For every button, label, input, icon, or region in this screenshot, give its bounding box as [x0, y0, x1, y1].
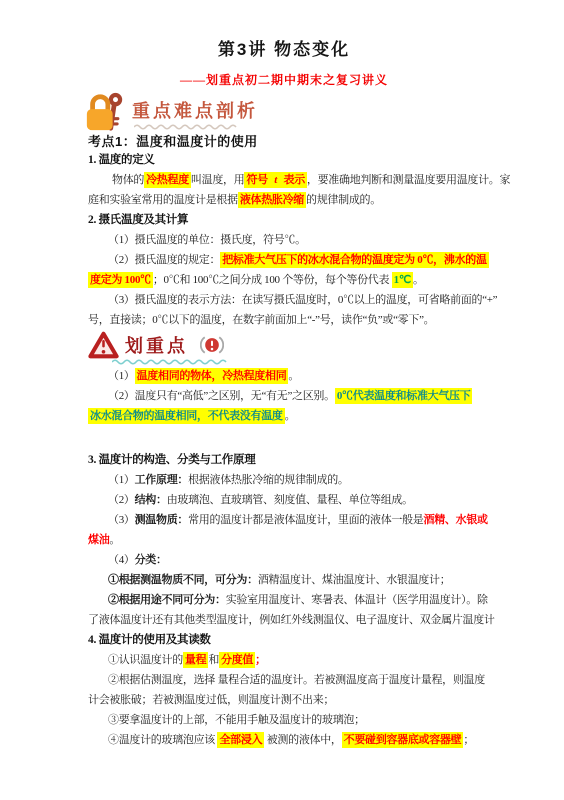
warning-triangle-icon: [88, 331, 119, 359]
doc-line: 号，直接读；0℃以下的温度，在数字前面加上“-”号，读作“负”或“零下”。: [88, 310, 480, 330]
text-run: 计会被胀破；若被测温度过低，则温度计测不出来；: [88, 694, 334, 706]
doc-line: ②根据用途不同可分为：实验室用温度计、寒暑表、体温计（医学用温度计）。除: [88, 590, 480, 610]
text-run: 庭和实验室常用的温度计是根据: [88, 194, 238, 206]
doc-line: （3）摄氏温度的表示方法：在读写摄氏温度时，0℃以上的温度，可省略前面的“+”: [88, 290, 480, 310]
text-run: 0℃代表温度和标准大气压下: [335, 388, 473, 404]
page-subtitle: ——划重点初二期中期末之复习讲义: [88, 72, 480, 88]
text-run: ①认识温度计的: [108, 654, 183, 666]
text-run: ；: [255, 654, 266, 666]
numbered-heading: 4. 温度计的使用及其读数: [88, 630, 480, 650]
text-run: ，要准确地判断和测量温度要用温度计。家: [307, 174, 510, 186]
text-run: （3）摄氏温度的表示方法：在读写摄氏温度时，0℃以上的温度，可省略前面的“+”: [108, 294, 497, 306]
lock-key-icon: [84, 91, 126, 133]
text-run: 表示: [279, 172, 307, 188]
text-run: （2）温度只有“高低”之区别，无“有无”之区别。: [108, 390, 335, 402]
text-run: （1）: [108, 370, 135, 382]
doc-line: （1）摄氏温度的单位：摄氏度，符号℃。: [88, 230, 480, 250]
doc-line: 物体的冷热程度叫温度，用符号 t 表示，要准确地判断和测量温度要用温度计。家: [88, 170, 480, 190]
text-run: 煤油: [88, 534, 109, 546]
text-run: ；: [463, 734, 474, 746]
text-run: 号，直接读；0℃以下的温度，在数字前面加上“-”号，读作“负”或“零下”。: [88, 314, 434, 326]
text-run: 度定为 100℃: [88, 272, 153, 288]
text-run: （2）: [108, 494, 135, 506]
text-run: （1）摄氏温度的单位：摄氏度，符号℃。: [108, 234, 306, 246]
text-run: ②根据估测温度，选择 量程合适的温度计。若被测温度高于温度计量程，则温度: [108, 674, 485, 686]
text-run: 实验室用温度计、寒暑表、体温计（医学用温度计）。除: [226, 594, 488, 606]
text-run: ④温度计的玻璃泡应该: [108, 734, 217, 746]
section-thermometer: 3. 温度计的构造、分类与工作原理（1）工作原理：根据液体热胀冷缩的规律制成的。…: [88, 450, 480, 750]
exclamation-circle-icon: [200, 335, 224, 360]
text-run: 冰水混合物的温度相同，不代表没有温度: [88, 408, 285, 424]
text-run: 1. 温度的定义: [88, 154, 155, 166]
doc-line: （3）测温物质：常用的温度计都是液体温度计，里面的液体一般是酒精、水银或: [88, 510, 480, 530]
doc-line: 度定为 100℃；0℃和 100℃之间分成 100 个等份，每个等份代表 1℃。: [88, 270, 480, 290]
doc-line: ②根据估测温度，选择 量程合适的温度计。若被测温度高于温度计量程，则温度: [88, 670, 480, 690]
text-run: 不要碰到容器底或容器壁: [342, 732, 464, 748]
doc-line: 煤油。: [88, 530, 480, 550]
callout-banner: 划重点: [88, 330, 480, 366]
text-run: 结构：: [135, 494, 167, 506]
doc-line: （4）分类：: [88, 550, 480, 570]
section-callout-items: （1）温度相同的物体，冷热程度相同。（2）温度只有“高低”之区别，无“有无”之区…: [88, 366, 480, 426]
text-run: （3）: [108, 514, 135, 526]
document-page: 第3讲 物态变化 ——划重点初二期中期末之复习讲义 重点难点剖析 考点1：温度和…: [0, 0, 564, 800]
text-run: 量程: [183, 652, 208, 668]
analysis-banner: 重点难点剖析: [88, 95, 480, 133]
text-run: 根据液体热胀冷缩的规律制成的。: [188, 474, 349, 486]
text-run: 酒精温度计、煤油温度计、水银温度计；: [258, 574, 451, 586]
text-run: 液体热胀冷缩: [238, 192, 306, 208]
text-run: 。: [109, 534, 120, 546]
text-run: 3. 温度计的构造、分类与工作原理: [88, 454, 255, 466]
doc-line: ①根据测温物质不同，可分为：酒精温度计、煤油温度计、水银温度计；: [88, 570, 480, 590]
text-run: 。: [288, 370, 299, 382]
numbered-heading: 1. 温度的定义: [88, 150, 480, 170]
doc-line: 冰水混合物的温度相同，不代表没有温度。: [88, 406, 480, 426]
text-run: 酒精、水银或: [424, 514, 488, 526]
text-run: 和: [208, 654, 219, 666]
document-content: 第3讲 物态变化 ——划重点初二期中期末之复习讲义 重点难点剖析 考点1：温度和…: [88, 38, 480, 750]
text-run: 分类：: [135, 554, 167, 566]
doc-line: 计会被胀破；若被测温度过低，则温度计测不出来；: [88, 690, 480, 710]
text-run: 叫温度，用: [191, 174, 245, 186]
wavy-underline-tan: [134, 123, 238, 130]
text-run: 温度相同的物体，冷热程度相同: [135, 368, 289, 384]
text-run: （4）: [108, 554, 135, 566]
wavy-underline-teal: [112, 358, 228, 365]
page-title: 第3讲 物态变化: [88, 38, 480, 62]
text-run: ；0℃和 100℃之间分成 100 个等份，每个等份代表: [153, 274, 392, 286]
text-run: ②根据用途不同可分为：: [108, 594, 226, 606]
doc-line: ④温度计的玻璃泡应该 全部浸入 被测的液体中，不要碰到容器底或容器壁；: [88, 730, 480, 750]
doc-line: ③要拿温度计的上部，不能用手触及温度计的玻璃泡；: [88, 710, 480, 730]
exam-point-heading: 考点1：温度和温度计的使用: [88, 133, 480, 150]
analysis-banner-label: 重点难点剖析: [132, 97, 258, 123]
text-run: ①根据测温物质不同，可分为：: [108, 574, 258, 586]
text-run: 的规律制成的。: [306, 194, 381, 206]
doc-line: 庭和实验室常用的温度计是根据液体热胀冷缩的规律制成的。: [88, 190, 480, 210]
callout-banner-label: 划重点: [125, 332, 188, 358]
doc-line: （2）结构：由玻璃泡、直玻璃管、刻度值、量程、单位等组成。: [88, 490, 480, 510]
text-run: （2）摄氏温度的规定：: [108, 254, 220, 266]
numbered-heading: 3. 温度计的构造、分类与工作原理: [88, 450, 480, 470]
text-run: 全部浸入: [217, 732, 264, 748]
doc-line: 了液体温度计还有其他类型温度计，例如红外线测温仪、电子温度计、双金属片温度计: [88, 610, 480, 630]
text-run: 测温物质：: [135, 514, 189, 526]
doc-line: （2）温度只有“高低”之区别，无“有无”之区别。0℃代表温度和标准大气压下: [88, 386, 480, 406]
text-run: 考点1：温度和温度计的使用: [88, 134, 258, 149]
text-run: （1）: [108, 474, 135, 486]
text-run: 由玻璃泡、直玻璃管、刻度值、量程、单位等组成。: [167, 494, 413, 506]
text-run: ③要拿温度计的上部，不能用手触及温度计的玻璃泡；: [108, 714, 365, 726]
text-run: 2. 摄氏温度及其计算: [88, 214, 188, 226]
text-run: 了液体温度计还有其他类型温度计，例如红外线测温仪、电子温度计、双金属片温度计: [88, 614, 495, 626]
text-run: 。: [413, 274, 424, 286]
text-run: 分度值: [219, 652, 255, 668]
numbered-heading: 2. 摄氏温度及其计算: [88, 210, 480, 230]
text-run: 。: [285, 410, 296, 422]
text-run: 符号: [244, 172, 272, 188]
doc-line: （1）温度相同的物体，冷热程度相同。: [88, 366, 480, 386]
doc-line: ①认识温度计的量程和分度值；: [88, 650, 480, 670]
text-run: 1℃: [392, 272, 413, 288]
text-run: 工作原理：: [135, 474, 189, 486]
section-intro: 考点1：温度和温度计的使用1. 温度的定义物体的冷热程度叫温度，用符号 t 表示…: [88, 133, 480, 330]
text-run: 把标准大气压下的冰水混合物的温度定为 0℃，沸水的温: [220, 252, 488, 268]
text-run: 常用的温度计都是液体温度计，里面的液体一般是: [188, 514, 423, 526]
doc-line: （1）工作原理：根据液体热胀冷缩的规律制成的。: [88, 470, 480, 490]
text-run: 物体的: [112, 174, 144, 186]
doc-line: （2）摄氏温度的规定：把标准大气压下的冰水混合物的温度定为 0℃，沸水的温: [88, 250, 480, 270]
text-run: 4. 温度计的使用及其读数: [88, 634, 211, 646]
text-run: 冷热程度: [144, 172, 191, 188]
text-run: 被测的液体中，: [264, 734, 341, 746]
